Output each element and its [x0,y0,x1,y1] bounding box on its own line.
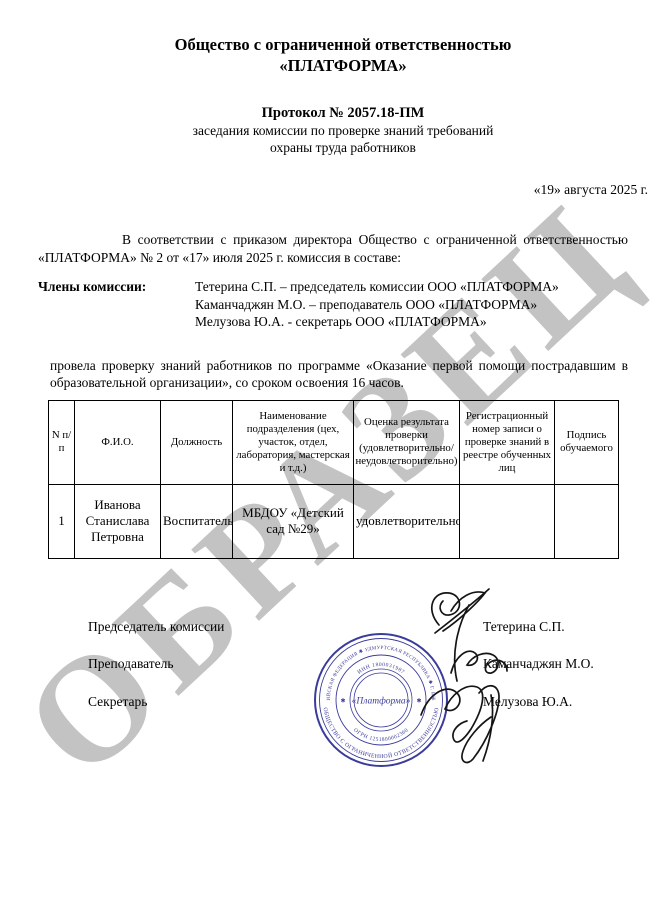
commission-label: Члены комиссии: [38,278,195,296]
protocol-subtitle-1: заседания комиссии по проверке знаний тр… [38,122,648,139]
stamp-star-left: ✱ [340,698,345,705]
org-name-line2: «ПЛАТФОРМА» [38,55,648,76]
commission-line-1: Члены комиссии:Тетерина С.П. – председат… [38,278,638,296]
signature-role: Секретарь [88,694,147,709]
commission-member-3: Мелузова Ю.А. - секретарь ООО «ПЛАТФОРМА… [38,313,638,331]
protocol-subtitle-2: охраны труда работников [38,139,648,156]
autograph-secretary [421,686,499,763]
signature-role: Преподаватель [88,656,174,671]
cell-reg-number [460,484,555,558]
org-name: Общество с ограниченной ответственностью… [38,34,648,76]
cell-signature [555,484,619,558]
cell-result: удовлетворительно [354,484,460,558]
cell-num: 1 [49,484,75,558]
table-header-row: N п/п Ф.И.О. Должность Наименование подр… [49,400,619,484]
autograph-teacher [451,605,507,681]
handwritten-signatures [395,575,535,775]
commission-member-1: Тетерина С.П. – председатель комиссии ОО… [195,279,559,294]
header-cell-result: Оценка результата проверки (удовлетворит… [354,400,460,484]
cell-department: МБДОУ «Детский сад №29» [233,484,354,558]
header-cell-reg-number: Регистрационный номер записи о проверке … [460,400,555,484]
header-cell-signature: Подпись обучаемого [555,400,619,484]
knowledge-check-results-table: N п/п Ф.И.О. Должность Наименование подр… [48,400,619,559]
header-cell-position: Должность [161,400,233,484]
header-cell-num: N п/п [49,400,75,484]
protocol-document-page: { "doc": { "org_line1": "Общество с огра… [0,0,666,903]
signature-role: Председатель комиссии [88,619,224,634]
header-cell-fio: Ф.И.О. [75,400,161,484]
cell-position: Воспитатель [161,484,233,558]
protocol-number: Протокол № 2057.18-ПМ [38,105,648,122]
org-name-line1: Общество с ограниченной ответственностью [38,34,648,55]
header-cell-department: Наименование подразделения (цех, участок… [233,400,354,484]
cell-fio: Иванова Станислава Петровна [75,484,161,558]
protocol-date: «19» августа 2025 г. [38,182,648,198]
body-paragraph: провела проверку знаний работников по пр… [50,357,628,392]
table-row: 1 Иванова Станислава Петровна Воспитател… [49,484,619,558]
commission-members-block: Члены комиссии:Тетерина С.П. – председат… [38,278,638,331]
intro-paragraph: В соответствии с приказом директора Обще… [38,231,628,266]
commission-member-2: Каманчаджян М.О. – преподаватель ООО «ПЛ… [38,296,638,314]
protocol-heading: Протокол № 2057.18-ПМ заседания комиссии… [38,105,648,156]
